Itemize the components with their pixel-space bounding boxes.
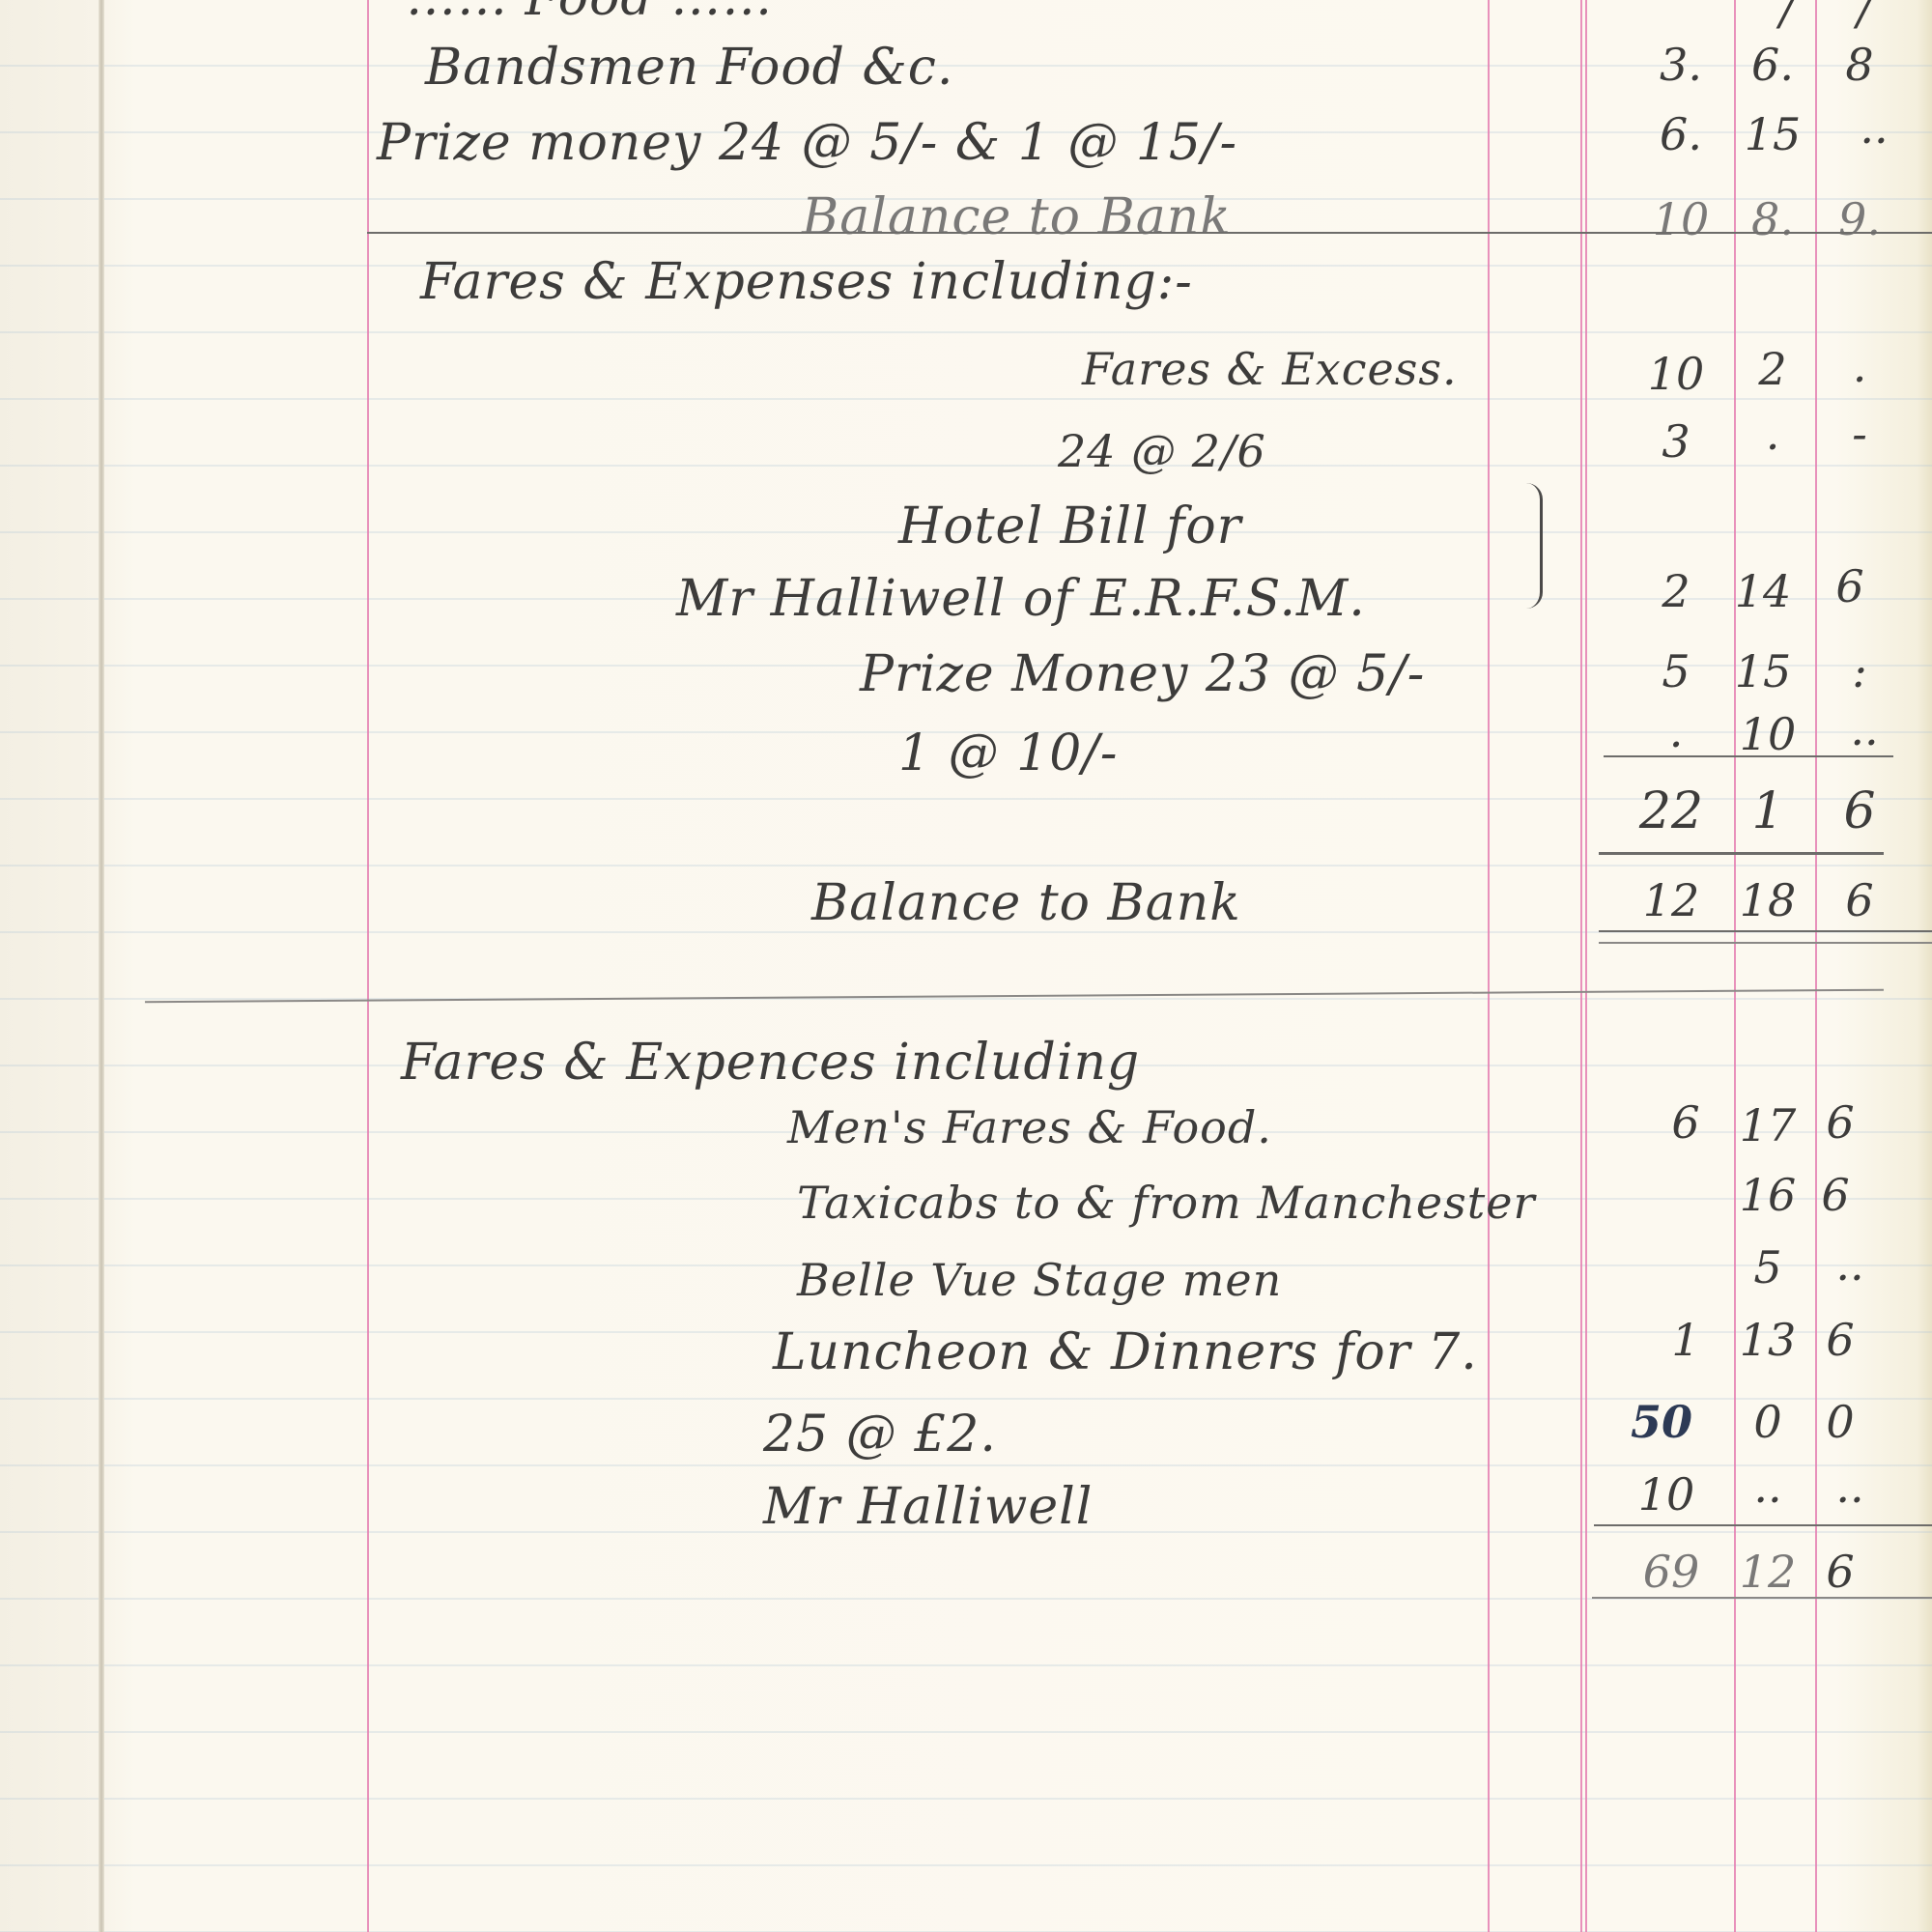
entry-pence: .. xyxy=(1806,1461,1893,1513)
section-heading: Fares & Expences including xyxy=(401,1034,1140,1092)
entry-pence: 0 xyxy=(1797,1396,1884,1448)
entry-label: 24 @ 2/6 xyxy=(1058,425,1266,477)
section-heading: Fares & Expenses including:- xyxy=(420,253,1193,311)
entry-pounds: 10 xyxy=(1623,1468,1710,1520)
entry-label: Hotel Bill for xyxy=(898,497,1242,555)
entry-label: Luncheon & Dinners for 7. xyxy=(773,1323,1478,1381)
total-double-rule xyxy=(1592,1597,1932,1599)
description-right-rule xyxy=(1488,0,1490,1932)
entry-shillings: . xyxy=(1729,408,1816,460)
entry-shillings: 15 xyxy=(1729,108,1816,160)
entry-shillings: .. xyxy=(1724,1461,1811,1513)
entry-shillings: 8. xyxy=(1729,193,1816,245)
entry-pounds: 6 xyxy=(1642,1096,1729,1149)
pence-left-rule xyxy=(1815,0,1817,1932)
section-divider xyxy=(367,232,1932,234)
total-pence: 6 xyxy=(1816,782,1903,840)
entry-shillings: 6. xyxy=(1729,39,1816,91)
entry-pence: 6 xyxy=(1792,1169,1879,1221)
balance-pounds: 12 xyxy=(1628,874,1715,926)
entry-pounds: 3. xyxy=(1637,39,1724,91)
entry-pounds: 6. xyxy=(1637,108,1724,160)
entry-pence: 8 xyxy=(1816,39,1903,91)
entry-shillings: / xyxy=(1744,0,1831,35)
entry-pence: . xyxy=(1816,340,1903,392)
entry-shillings: 2 xyxy=(1729,343,1816,395)
shillings-left-rule xyxy=(1734,0,1736,1932)
entry-label: Fares & Excess. xyxy=(1082,343,1458,395)
total-rule xyxy=(1594,1524,1932,1526)
bracket xyxy=(1526,483,1543,609)
entry-pence: .. xyxy=(1821,703,1908,755)
entry-pounds: 2 xyxy=(1633,565,1719,617)
balance-label: Balance to Bank xyxy=(811,874,1241,932)
margin-rule xyxy=(367,0,369,1932)
entry-pence: 6 xyxy=(1797,1314,1884,1366)
entry-label: …… Food …… xyxy=(406,0,773,27)
pounds-left-rule-double xyxy=(1585,0,1587,1932)
entry-label: Prize money 24 @ 5/- & 1 @ 15/- xyxy=(377,114,1237,172)
entry-label: Balance to Bank xyxy=(802,188,1232,246)
total-pounds: 69 xyxy=(1628,1546,1715,1598)
entry-pounds: 1 xyxy=(1642,1314,1729,1366)
entry-label: Men's Fares & Food. xyxy=(787,1101,1272,1153)
entry-shillings: 5 xyxy=(1724,1241,1811,1293)
pounds-left-rule xyxy=(1580,0,1582,1932)
entry-pence: .. xyxy=(1831,101,1918,154)
entry-pence: - xyxy=(1816,408,1903,460)
entry-label: Prize Money 23 @ 5/- xyxy=(860,645,1425,703)
entry-pence: 6 xyxy=(1797,1096,1884,1149)
entry-pounds: 10 xyxy=(1637,193,1724,245)
entry-label: 25 @ £2. xyxy=(763,1406,997,1463)
entry-pounds: . xyxy=(1633,705,1719,757)
entry-label: Mr Halliwell xyxy=(763,1478,1093,1536)
balance-rule xyxy=(1599,930,1932,932)
entry-pence: / xyxy=(1821,0,1908,35)
entry-shillings: 14 xyxy=(1719,565,1806,617)
entry-pence: 9. xyxy=(1816,193,1903,245)
balance-double-rule xyxy=(1599,942,1932,944)
total-pounds: 22 xyxy=(1628,782,1715,840)
entry-pence: : xyxy=(1816,645,1903,697)
entry-shillings: 15 xyxy=(1719,645,1806,697)
entry-pounds: 5 xyxy=(1633,645,1719,697)
entry-label: Bandsmen Food &c. xyxy=(425,39,953,97)
entry-pence: 6 xyxy=(1806,560,1893,612)
total-pence: 6 xyxy=(1797,1546,1884,1598)
entry-pence: .. xyxy=(1806,1238,1893,1291)
entry-label: Belle Vue Stage men xyxy=(797,1254,1282,1306)
entry-label: 1 @ 10/- xyxy=(898,724,1118,782)
balance-pence: 6 xyxy=(1816,874,1903,926)
entry-shillings: 10 xyxy=(1724,708,1811,760)
entry-label: Taxicabs to & from Manchester xyxy=(797,1177,1535,1229)
entry-pounds: 10 xyxy=(1633,348,1719,400)
entry-pounds: 3 xyxy=(1633,415,1719,468)
page-gutter xyxy=(99,0,104,1932)
balance-shillings: 18 xyxy=(1724,874,1811,926)
total-rule xyxy=(1604,755,1893,757)
entry-pounds: 50 xyxy=(1618,1396,1705,1448)
total-double-rule xyxy=(1599,852,1884,855)
entry-label: Mr Halliwell of E.R.F.S.M. xyxy=(676,570,1366,628)
total-shillings: 1 xyxy=(1724,782,1811,840)
